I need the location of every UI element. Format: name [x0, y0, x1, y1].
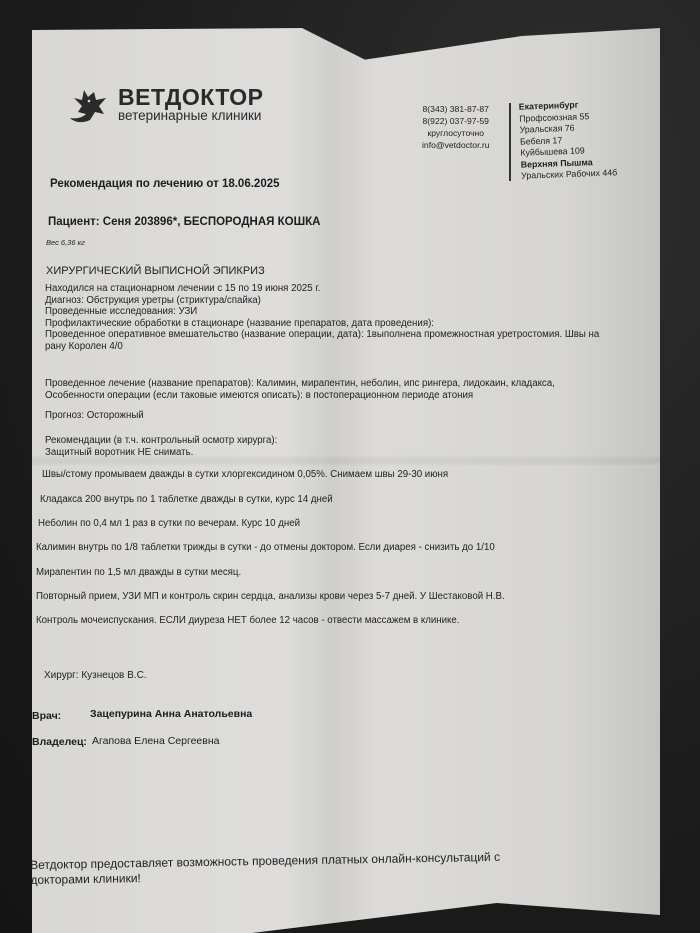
recommendation-item: Кладакса 200 внутрь по 1 таблетке дважды…	[40, 494, 333, 505]
clinic-addresses: ЕкатеринбургПрофсоюзная 55Уральская 76Бе…	[519, 98, 618, 182]
surgery: Проведенное оперативное вмешательство (н…	[45, 329, 599, 341]
examinations: Проведенные исследования: УЗИ	[45, 306, 599, 318]
treatment: Проведенное лечение (название препаратов…	[45, 378, 555, 390]
clinic-subtitle: ветеринарные клиники	[118, 109, 264, 123]
address-line: Уральских Рабочих 44б	[521, 167, 617, 182]
paper-shadow	[252, 903, 660, 933]
document-title: Рекомендация по лечению от 18.06.2025	[50, 178, 280, 190]
surgery-cont: рану Королен 4/0	[45, 341, 599, 353]
stay-dates: Находился на стационарном лечении с 15 п…	[45, 283, 599, 295]
owner-name: Агапова Елена Сергеевна	[92, 735, 219, 747]
footer-note: Ветдоктор предоставляет возможность пров…	[30, 850, 500, 888]
recommendation-item: Калимин внутрь по 1/8 таблетки трижды в …	[36, 542, 495, 553]
hours: круглосуточно	[422, 127, 489, 139]
cat-icon	[68, 84, 114, 124]
doctor-label: Врач:	[32, 710, 61, 722]
recommendations-title: Рекомендации (в т.ч. контрольный осмотр …	[45, 435, 277, 447]
treatment-info: Проведенное лечение (название препаратов…	[45, 378, 555, 401]
clinic-logo: ВЕТДОКТОР ветеринарные клиники	[68, 84, 264, 124]
recommendation-item: Неболин по 0,4 мл 1 раз в сутки по вечер…	[38, 518, 300, 529]
weight: Вес 6,36 кг	[46, 238, 85, 247]
divider	[509, 103, 511, 181]
doctor-name: Зацепурина Анна Анатольевна	[90, 708, 252, 720]
section-heading: ХИРУРГИЧЕСКИЙ ВЫПИСНОЙ ЭПИКРИЗ	[46, 265, 265, 277]
patient-line: Пациент: Сеня 203896*, БЕСПОРОДНАЯ КОШКА	[48, 216, 320, 228]
recommendation-item: Мирапентин по 1,5 мл дважды в сутки меся…	[36, 567, 241, 578]
recommendation-item: Повторный прием, УЗИ МП и контроль скрин…	[36, 591, 505, 602]
operation-notes: Особенности операции (если таковые имеют…	[45, 390, 555, 402]
clinic-name: ВЕТДОКТОР	[118, 85, 264, 109]
collar-note: Защитный воротник НЕ снимать.	[45, 447, 277, 459]
owner-label: Владелец:	[32, 736, 87, 748]
stay-info: Находился на стационарном лечении с 15 п…	[45, 283, 599, 352]
diagnosis: Диагноз: Обструкция уретры (стриктура/сп…	[45, 295, 599, 307]
phone-1: 8(343) 381-87-87	[422, 103, 489, 115]
clinic-contacts: 8(343) 381-87-87 8(922) 037-97-59 кругло…	[422, 103, 489, 151]
prophylaxis: Профилактические обработки в стационаре …	[45, 318, 599, 330]
email: info@vetdoctor.ru	[422, 139, 489, 151]
document-sheet: ВЕТДОКТОР ветеринарные клиники 8(343) 38…	[32, 28, 660, 933]
recommendations-header: Рекомендации (в т.ч. контрольный осмотр …	[45, 435, 277, 458]
surgeon: Хирург: Кузнецов В.С.	[44, 670, 147, 681]
prognosis: Прогноз: Осторожный	[45, 410, 144, 422]
prognosis-text: Прогноз: Осторожный	[45, 410, 144, 422]
recommendation-item: Швы/стому промываем дважды в сутки хлорг…	[42, 469, 448, 480]
phone-2: 8(922) 037-97-59	[422, 115, 489, 127]
recommendation-item: Контроль мочеиспускания. ЕСЛИ диуреза НЕ…	[36, 615, 460, 626]
